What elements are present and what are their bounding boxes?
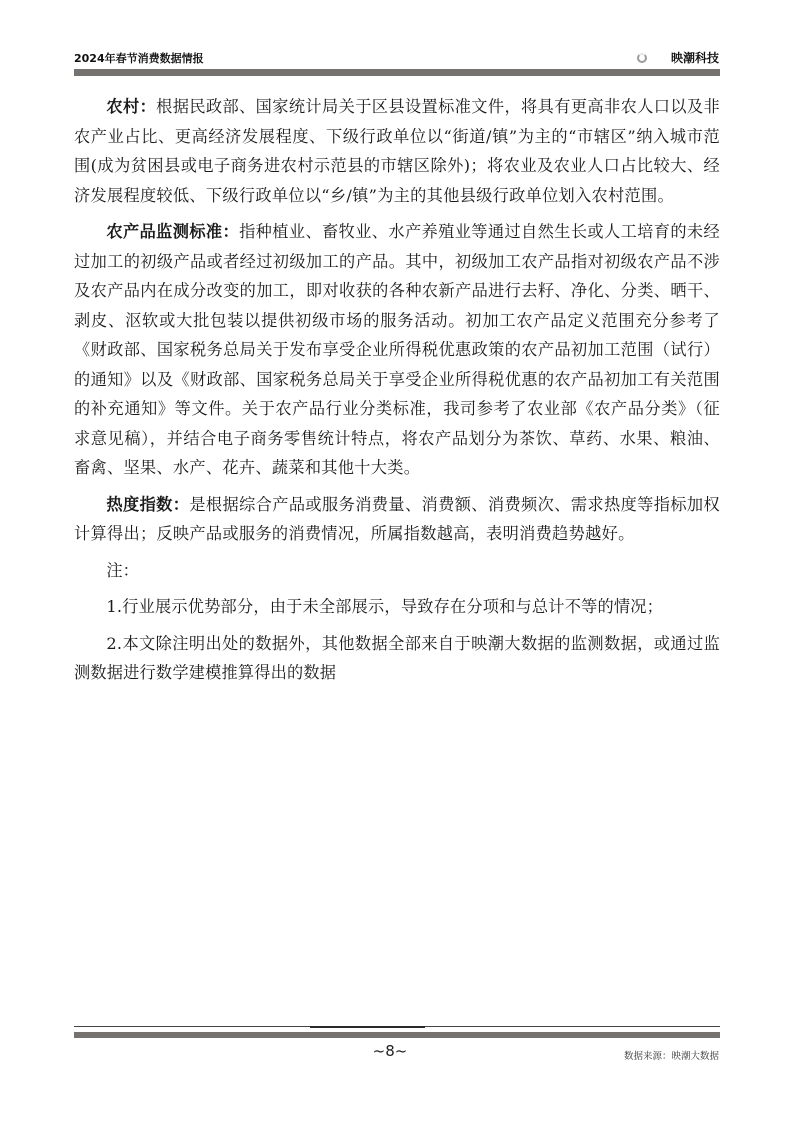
term-label: 农产品监测标准： <box>106 222 239 241</box>
header-divider <box>74 69 720 76</box>
footer-divider <box>74 1032 720 1038</box>
term-label: 农村： <box>106 97 156 116</box>
definition-heat-index: 热度指数：是根据综合产品或服务消费量、消费额、消费频次、需求热度等指标加权计算得… <box>74 490 720 549</box>
note-item-2: 2.本文除注明出处的数据外，其他数据全部来自于映潮大数据的监测数据，或通过监测数… <box>74 629 720 688</box>
definition-rural: 农村：根据民政部、国家统计局关于区县设置标准文件，将具有更高非农人口以及非农产业… <box>74 92 720 210</box>
brand-name: 映潮科技 <box>671 49 719 66</box>
data-source-note: 数据来源：映潮大数据 <box>624 1048 719 1062</box>
term-body: 根据民政部、国家统计局关于区县设置标准文件，将具有更高非农人口以及非农产业占比、… <box>74 97 720 205</box>
brand: 映潮科技 <box>637 49 719 66</box>
page-number: ~8~ <box>340 1042 440 1060</box>
note-item-1: 1.行业展示优势部分，由于未全部展示，导致存在分项和与总计不等的情况； <box>74 592 720 622</box>
footer-rule-accent <box>310 1026 425 1028</box>
term-label: 热度指数： <box>106 495 189 514</box>
definition-agri-monitoring: 农产品监测标准：指种植业、畜牧业、水产养殖业等通过自然生长或人工培育的未经过加工… <box>74 217 720 483</box>
term-body: 指种植业、畜牧业、水产养殖业等通过自然生长或人工培育的未经过加工的初级产品或者经… <box>74 222 720 477</box>
report-title: 2024年春节消费数据情报 <box>74 50 204 66</box>
notes-label: 注： <box>74 556 720 586</box>
document-body: 农村：根据民政部、国家统计局关于区县设置标准文件，将具有更高非农人口以及非农产业… <box>74 92 720 695</box>
brand-logo-icon <box>637 53 647 63</box>
